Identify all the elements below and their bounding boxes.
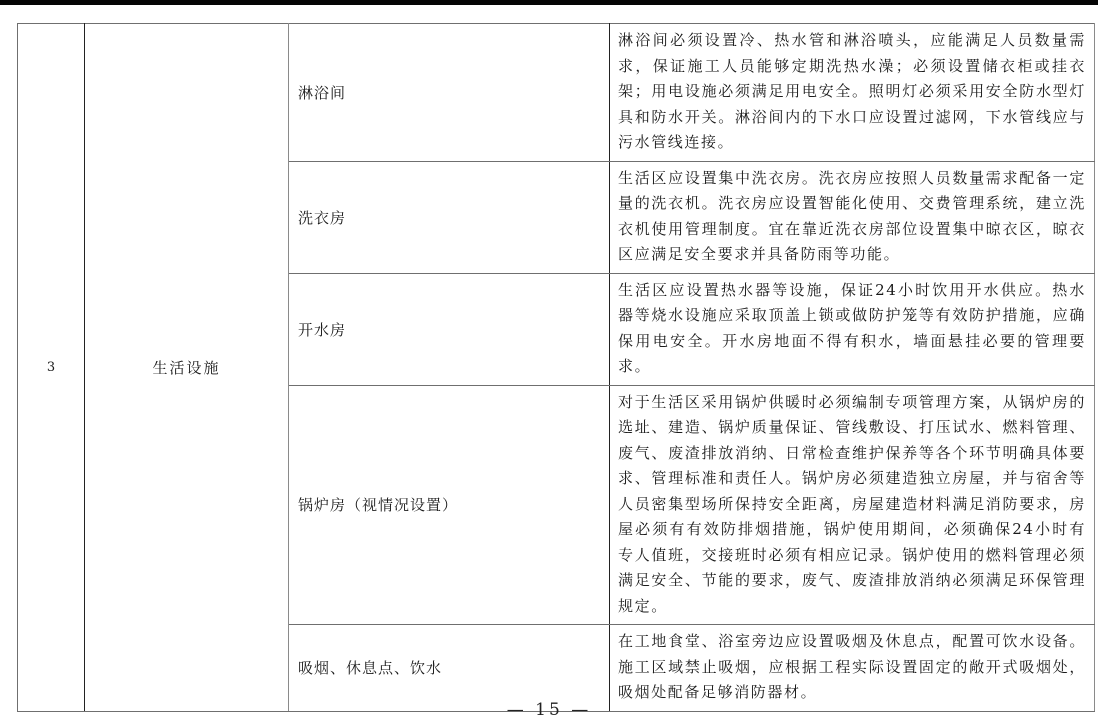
page-top-border	[0, 0, 1098, 5]
category-cell: 生活设施	[85, 24, 289, 712]
page-number: — 15 —	[0, 700, 1098, 720]
description-cell-boiler-room: 对于生活区采用锅炉供暖时必须编制专项管理方案，从锅炉房的选址、建造、锅炉质量保证…	[610, 385, 1095, 625]
item-cell-shower-room: 淋浴间	[289, 24, 610, 162]
item-cell-boiler-room: 锅炉房（视情况设置）	[289, 385, 610, 625]
item-cell-smoking-rest-point: 吸烟、休息点、饮水	[289, 625, 610, 712]
row-index-cell: 3	[18, 24, 85, 712]
description-cell-smoking-rest-point: 在工地食堂、浴室旁边应设置吸烟及休息点，配置可饮水设备。施工区域禁止吸烟，应根据…	[610, 625, 1095, 712]
item-cell-boiling-water-room: 开水房	[289, 273, 610, 385]
item-cell-laundry-room: 洗衣房	[289, 161, 610, 273]
description-cell-laundry-room: 生活区应设置集中洗衣房。洗衣房应按照人员数量需求配备一定量的洗衣机。洗衣房应设置…	[610, 161, 1095, 273]
facilities-table: 3 生活设施 淋浴间 淋浴间必须设置冷、热水管和淋浴喷头，应能满足人员数量需求，…	[17, 23, 1095, 712]
description-cell-shower-room: 淋浴间必须设置冷、热水管和淋浴喷头，应能满足人员数量需求，保证施工人员能够定期洗…	[610, 24, 1095, 162]
description-cell-boiling-water-room: 生活区应设置热水器等设施，保证24小时饮用开水供应。热水器等烧水设施应采取顶盖上…	[610, 273, 1095, 385]
table-row: 3 生活设施 淋浴间 淋浴间必须设置冷、热水管和淋浴喷头，应能满足人员数量需求，…	[18, 24, 1095, 162]
